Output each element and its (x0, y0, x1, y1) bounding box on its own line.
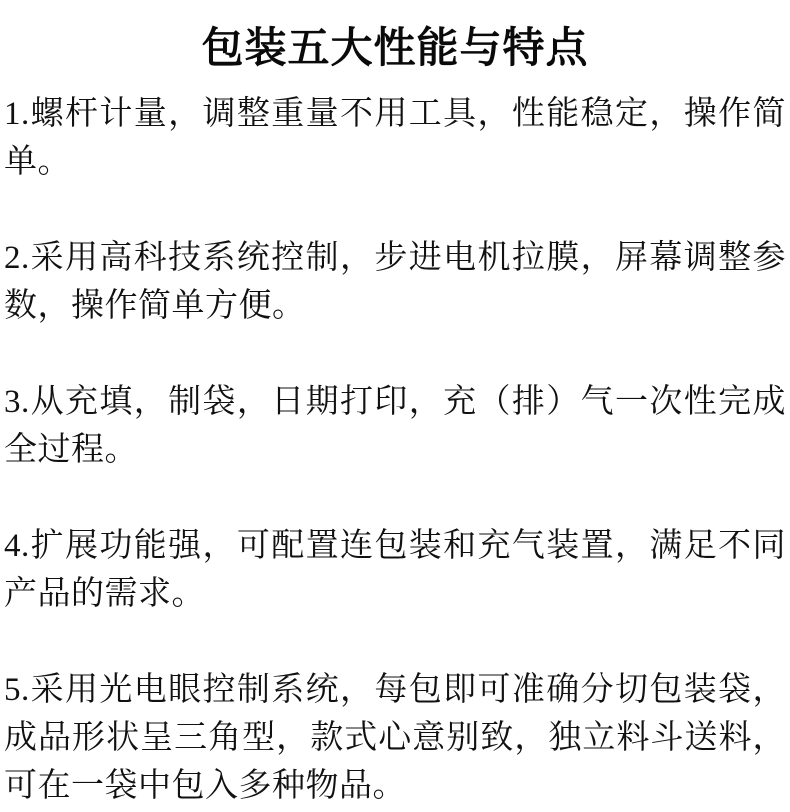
feature-item: 1.螺杆计量，调整重量不用工具，性能稳定，操作简单。 (4, 90, 786, 186)
feature-item: 4.扩展功能强，可配置连包装和充气装置，满足不同产品的需求。 (4, 522, 786, 618)
page-title: 包装五大性能与特点 (4, 24, 786, 72)
feature-list: 1.螺杆计量，调整重量不用工具，性能稳定，操作简单。 2.采用高科技系统控制，步… (4, 90, 786, 810)
feature-item: 3.从充填，制袋，日期打印，充（排）气一次性完成全过程。 (4, 378, 786, 474)
product-description-page: 包装五大性能与特点 1.螺杆计量，调整重量不用工具，性能稳定，操作简单。 2.采… (0, 0, 790, 812)
feature-item: 5.采用光电眼控制系统，每包即可准确分切包装袋，成品形状呈三角型，款式心意别致，… (4, 666, 786, 810)
feature-item: 2.采用高科技系统控制，步进电机拉膜，屏幕调整参数，操作简单方便。 (4, 234, 786, 330)
